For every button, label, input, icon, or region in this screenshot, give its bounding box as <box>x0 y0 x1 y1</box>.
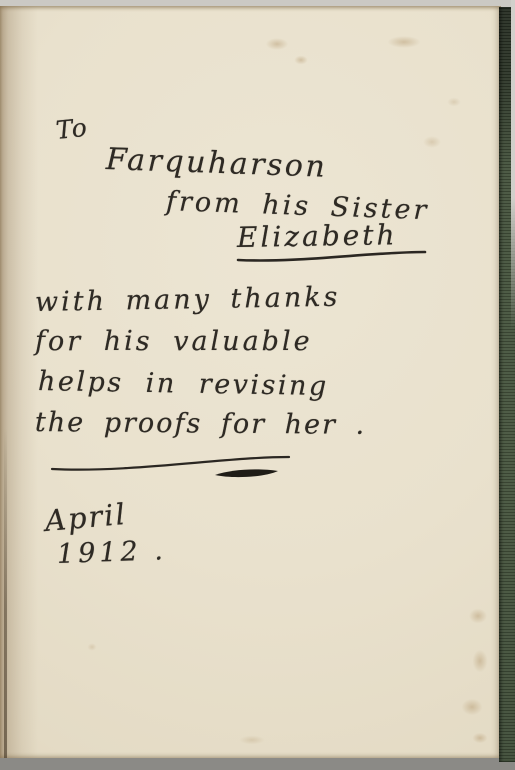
backdrop-right-sliver <box>511 0 515 330</box>
inscription-body-line-4: the proofs for her . <box>35 407 366 441</box>
foxing-spot <box>86 642 98 652</box>
foxing-spot <box>458 696 486 718</box>
foxing-spot <box>445 96 463 108</box>
foxing-spot <box>470 646 490 676</box>
inscription-body-line-1: with many thanks <box>35 282 341 318</box>
inscription-signature: Elizabeth <box>237 218 398 254</box>
page-gutter-crease <box>4 428 7 758</box>
book-page: To Farquharson from his Sister Elizabeth… <box>0 6 501 758</box>
foxing-spot <box>262 36 292 52</box>
inscription-body-line-3: helps in revising <box>38 366 329 402</box>
inscription-to: To <box>54 113 89 145</box>
inscription-date-month: April <box>44 497 129 538</box>
foxing-spot <box>382 34 426 50</box>
foxing-spot <box>420 134 444 150</box>
foxing-spot <box>466 606 490 626</box>
inscription-recipient: Farquharson <box>105 142 327 185</box>
inscription-date-year: 1912 . <box>56 535 167 570</box>
book-photo: To Farquharson from his Sister Elizabeth… <box>0 0 515 770</box>
inscription-body-line-2: for his valuable <box>35 326 313 357</box>
foxing-spot <box>235 734 269 746</box>
backdrop-bottom-strip <box>0 758 515 770</box>
foxing-spot <box>292 54 310 66</box>
foxing-spot <box>470 731 490 745</box>
